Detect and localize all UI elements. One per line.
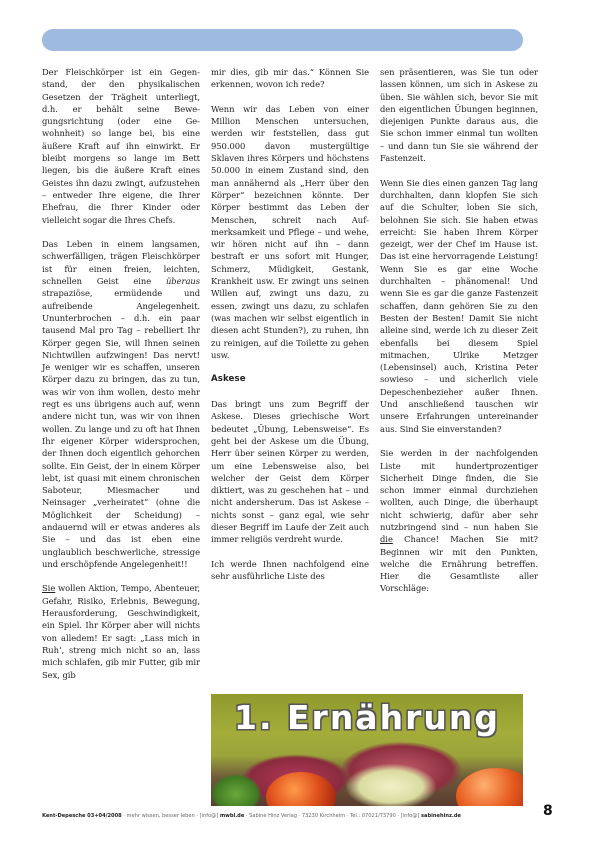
publication-name: Kent-Depesche 03+04/2008 (42, 813, 122, 819)
salad-image: 1. Ernährung (211, 694, 523, 806)
paragraph: Sie werden in der nachfolgen­den Liste m… (380, 447, 538, 595)
footer-text: · Sabine Hinz Verlag · 73230 Kirchheim ·… (244, 813, 421, 819)
tomato-shape (456, 768, 523, 806)
paragraph: Wenn Sie dies einen ganzen Tag lang durc… (380, 177, 538, 435)
text: Chance! Machen Sie mit? Beginnen wir mit… (380, 534, 538, 593)
emphasis: überaus (166, 276, 200, 286)
section-heading: Askese (211, 373, 369, 385)
text: Sie werden in der nachfolgen­den Liste m… (380, 448, 538, 532)
text: wollen Aktion, Tempo, Abenteuer, Gefahr,… (42, 583, 200, 679)
paragraph: sen präsentieren, was Sie tun oder lasse… (380, 66, 538, 164)
paragraph: Ich werde Ihnen nachfolgend ei­ne sehr a… (211, 558, 369, 583)
header-banner (42, 29, 523, 51)
paragraph: Sie wollen Aktion, Tempo, Abenteuer, Gef… (42, 582, 200, 680)
website-link[interactable]: sabinehinz.de (421, 813, 461, 819)
text-column-1: Der Fleischkörper ist ein Gegen­stand, d… (42, 66, 200, 693)
paragraph: Das bringt uns zum Begriff der Askese. D… (211, 398, 369, 546)
underlined-text: Sie (42, 583, 55, 593)
frisee-shape (346, 764, 436, 806)
paragraph: Der Fleischkörper ist ein Gegen­stand, d… (42, 66, 200, 226)
footer-text: · mehr wissen, besser leben · [info@] (122, 813, 220, 819)
text-column-2: mir dies, gib mir das.“ Können Sie erken… (211, 66, 369, 595)
website-link[interactable]: mwbl.de (220, 813, 244, 819)
text-column-3: sen präsentieren, was Sie tun oder lasse… (380, 66, 538, 607)
greens-shape (211, 774, 261, 806)
paragraph: Das Leben in einem langsamen, schwerfäll… (42, 238, 200, 570)
paragraph: Wenn wir das Leben von einer Million Men… (211, 103, 369, 361)
text: strapaziöse, ermüden­de und aufreibende … (42, 288, 200, 569)
underlined-text: die (380, 534, 393, 544)
paragraph: mir dies, gib mir das.“ Können Sie erken… (211, 66, 369, 91)
image-title: 1. Ernährung (211, 698, 523, 737)
page-footer: Kent-Depesche 03+04/2008 · mehr wissen, … (42, 813, 461, 819)
page-number: 8 (543, 803, 553, 819)
